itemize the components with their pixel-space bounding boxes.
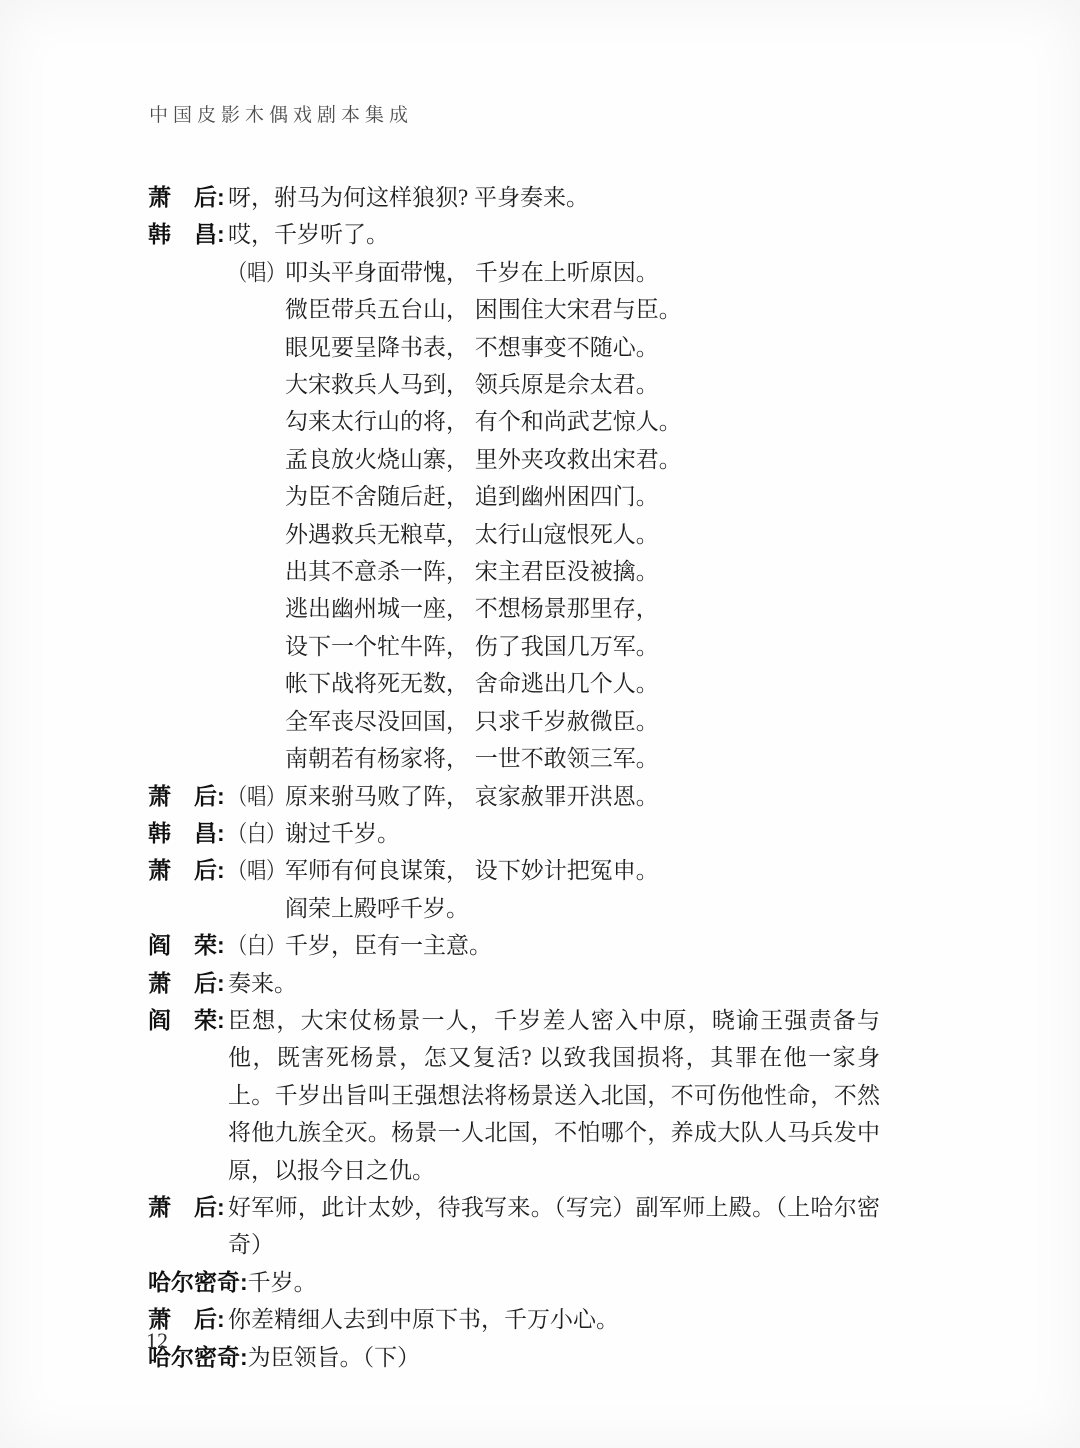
script-line: （唱）叩头平身面带愧， 千岁在上听原因。: [148, 254, 880, 291]
dialogue-text: （白）千岁，臣有一主意。: [228, 927, 880, 964]
stage-direction: （白）: [228, 815, 275, 852]
script-line: 萧 后: 呀，驸马为何这样狼狈? 平身奏来。: [148, 179, 880, 216]
stage-direction: （唱）: [228, 852, 275, 889]
verse-text: 军师有何良谋策， 设下妙计把冤申。: [285, 858, 659, 883]
script-line: 萧 后: 奏来。: [148, 965, 880, 1002]
dialogue-text: 为臣领旨。（下）: [248, 1339, 880, 1376]
verse-line: 眼见要呈降书表， 不想事变不随心。: [228, 329, 880, 366]
speaker-label: 萧 后:: [148, 852, 228, 889]
running-head-book-title: 中国皮影木偶戏剧本集成: [149, 100, 413, 127]
script-line: 萧 后: （唱）原来驸马败了阵， 哀家赦罪开洪恩。: [148, 778, 880, 815]
script-line: 阎 荣: （白）千岁，臣有一主意。: [148, 927, 880, 964]
script-line: 全军丧尽没回国， 只求千岁赦微臣。: [148, 703, 880, 740]
script-line: 出其不意杀一阵， 宋主君臣没被擒。: [148, 553, 880, 590]
script-line: 萧 后: （唱）军师有何良谋策， 设下妙计把冤申。: [148, 852, 880, 889]
dialogue-fragment: 千岁，臣有一主意。: [285, 933, 492, 958]
verse-line: （唱）叩头平身面带愧， 千岁在上听原因。: [228, 254, 880, 291]
dialogue-text: 千岁。: [248, 1264, 880, 1301]
dialogue-paragraph: 臣想，大宋仗杨景一人，千岁差人密入中原，晓谕王强责备与他，既害死杨景，怎又复活?…: [228, 1002, 880, 1189]
verse-line: 外遇救兵无粮草， 太行山寇恨死人。: [228, 516, 880, 553]
script-line: 哈尔密奇: 为臣领旨。（下）: [148, 1339, 880, 1376]
verse-line: 勾来太行山的将， 有个和尚武艺惊人。: [228, 403, 880, 440]
verse-line: 南朝若有杨家将， 一世不敢领三军。: [228, 740, 880, 777]
verse-line: 全军丧尽没回国， 只求千岁赦微臣。: [228, 703, 880, 740]
script-line: 微臣带兵五台山， 困围住大宋君与臣。: [148, 291, 880, 328]
script-line: 韩 昌: 哎，千岁听了。: [148, 216, 880, 253]
dialogue-text: 你差精细人去到中原下书，千万小心。: [228, 1301, 880, 1338]
scanned-script-page: 中国皮影木偶戏剧本集成 萧 后: 呀，驸马为何这样狼狈? 平身奏来。 韩 昌: …: [0, 0, 1080, 1448]
script-line: 大宋救兵人马到， 领兵原是佘太君。: [148, 366, 880, 403]
script-line: 勾来太行山的将， 有个和尚武艺惊人。: [148, 403, 880, 440]
verse-line: 帐下战将死无数， 舍命逃出几个人。: [228, 665, 880, 702]
dialogue-text: 奏来。: [228, 965, 880, 1002]
script-line: 外遇救兵无粮草， 太行山寇恨死人。: [148, 516, 880, 553]
verse-line: 逃出幽州城一座， 不想杨景那里存，: [228, 590, 880, 627]
page-number: 12: [146, 1328, 168, 1354]
speaker-label: 韩 昌:: [148, 815, 228, 852]
verse-line: 孟良放火烧山寨， 里外夹攻救出宋君。: [228, 441, 880, 478]
speaker-label: 阎 荣:: [148, 927, 228, 964]
script-line: 设下一个牤牛阵， 伤了我国几万军。: [148, 628, 880, 665]
dialogue-text: （白）谢过千岁。: [228, 815, 880, 852]
verse-text: 原来驸马败了阵， 哀家赦罪开洪恩。: [285, 784, 659, 809]
stage-direction: （白）: [228, 927, 275, 964]
script-line: 韩 昌: （白）谢过千岁。: [148, 815, 880, 852]
script-line: 南朝若有杨家将， 一世不敢领三军。: [148, 740, 880, 777]
speaker-label: 萧 后:: [148, 179, 228, 216]
speaker-label: 阎 荣:: [148, 1002, 228, 1039]
script-line: 阎 荣: 臣想，大宋仗杨景一人，千岁差人密入中原，晓谕王强责备与他，既害死杨景，…: [148, 1002, 880, 1189]
speaker-label: 萧 后:: [148, 778, 228, 815]
script-line: 眼见要呈降书表， 不想事变不随心。: [148, 329, 880, 366]
verse-line: 阎荣上殿呼千岁。: [228, 890, 880, 927]
script-line: 哈尔密奇: 千岁。: [148, 1264, 880, 1301]
script-line: 帐下战将死无数， 舍命逃出几个人。: [148, 665, 880, 702]
script-body: 萧 后: 呀，驸马为何这样狼狈? 平身奏来。 韩 昌: 哎，千岁听了。 （唱）叩…: [148, 179, 880, 1376]
script-line: 萧 后: 好军师，此计太妙，待我写来。（写完）副军师上殿。（上哈尔密奇）: [148, 1189, 880, 1264]
script-line: 为臣不舍随后赶， 追到幽州困四门。: [148, 478, 880, 515]
stage-direction: （唱）: [228, 778, 275, 815]
verse-line: 大宋救兵人马到， 领兵原是佘太君。: [228, 366, 880, 403]
script-line: 孟良放火烧山寨， 里外夹攻救出宋君。: [148, 441, 880, 478]
dialogue-text: 哎，千岁听了。: [228, 216, 880, 253]
verse-line: 为臣不舍随后赶， 追到幽州困四门。: [228, 478, 880, 515]
verse-text: 叩头平身面带愧， 千岁在上听原因。: [285, 260, 659, 285]
dialogue-fragment: 谢过千岁。: [285, 821, 400, 846]
speaker-label: 哈尔密奇:: [148, 1264, 248, 1301]
script-line: 逃出幽州城一座， 不想杨景那里存，: [148, 590, 880, 627]
speaker-label: 萧 后:: [148, 1189, 228, 1226]
verse-line: 微臣带兵五台山， 困围住大宋君与臣。: [228, 291, 880, 328]
dialogue-text: 好军师，此计太妙，待我写来。（写完）副军师上殿。（上哈尔密奇）: [228, 1189, 880, 1264]
dialogue-text: （唱）原来驸马败了阵， 哀家赦罪开洪恩。: [228, 778, 880, 815]
verse-line: 出其不意杀一阵， 宋主君臣没被擒。: [228, 553, 880, 590]
stage-direction: （唱）: [228, 254, 275, 291]
script-line: 萧 后: 你差精细人去到中原下书，千万小心。: [148, 1301, 880, 1338]
speaker-label: 韩 昌:: [148, 216, 228, 253]
verse-line: 设下一个牤牛阵， 伤了我国几万军。: [228, 628, 880, 665]
dialogue-text: （唱）军师有何良谋策， 设下妙计把冤申。: [228, 852, 880, 889]
speaker-label: 萧 后:: [148, 965, 228, 1002]
dialogue-text: 呀，驸马为何这样狼狈? 平身奏来。: [228, 179, 880, 216]
script-line: 阎荣上殿呼千岁。: [148, 890, 880, 927]
